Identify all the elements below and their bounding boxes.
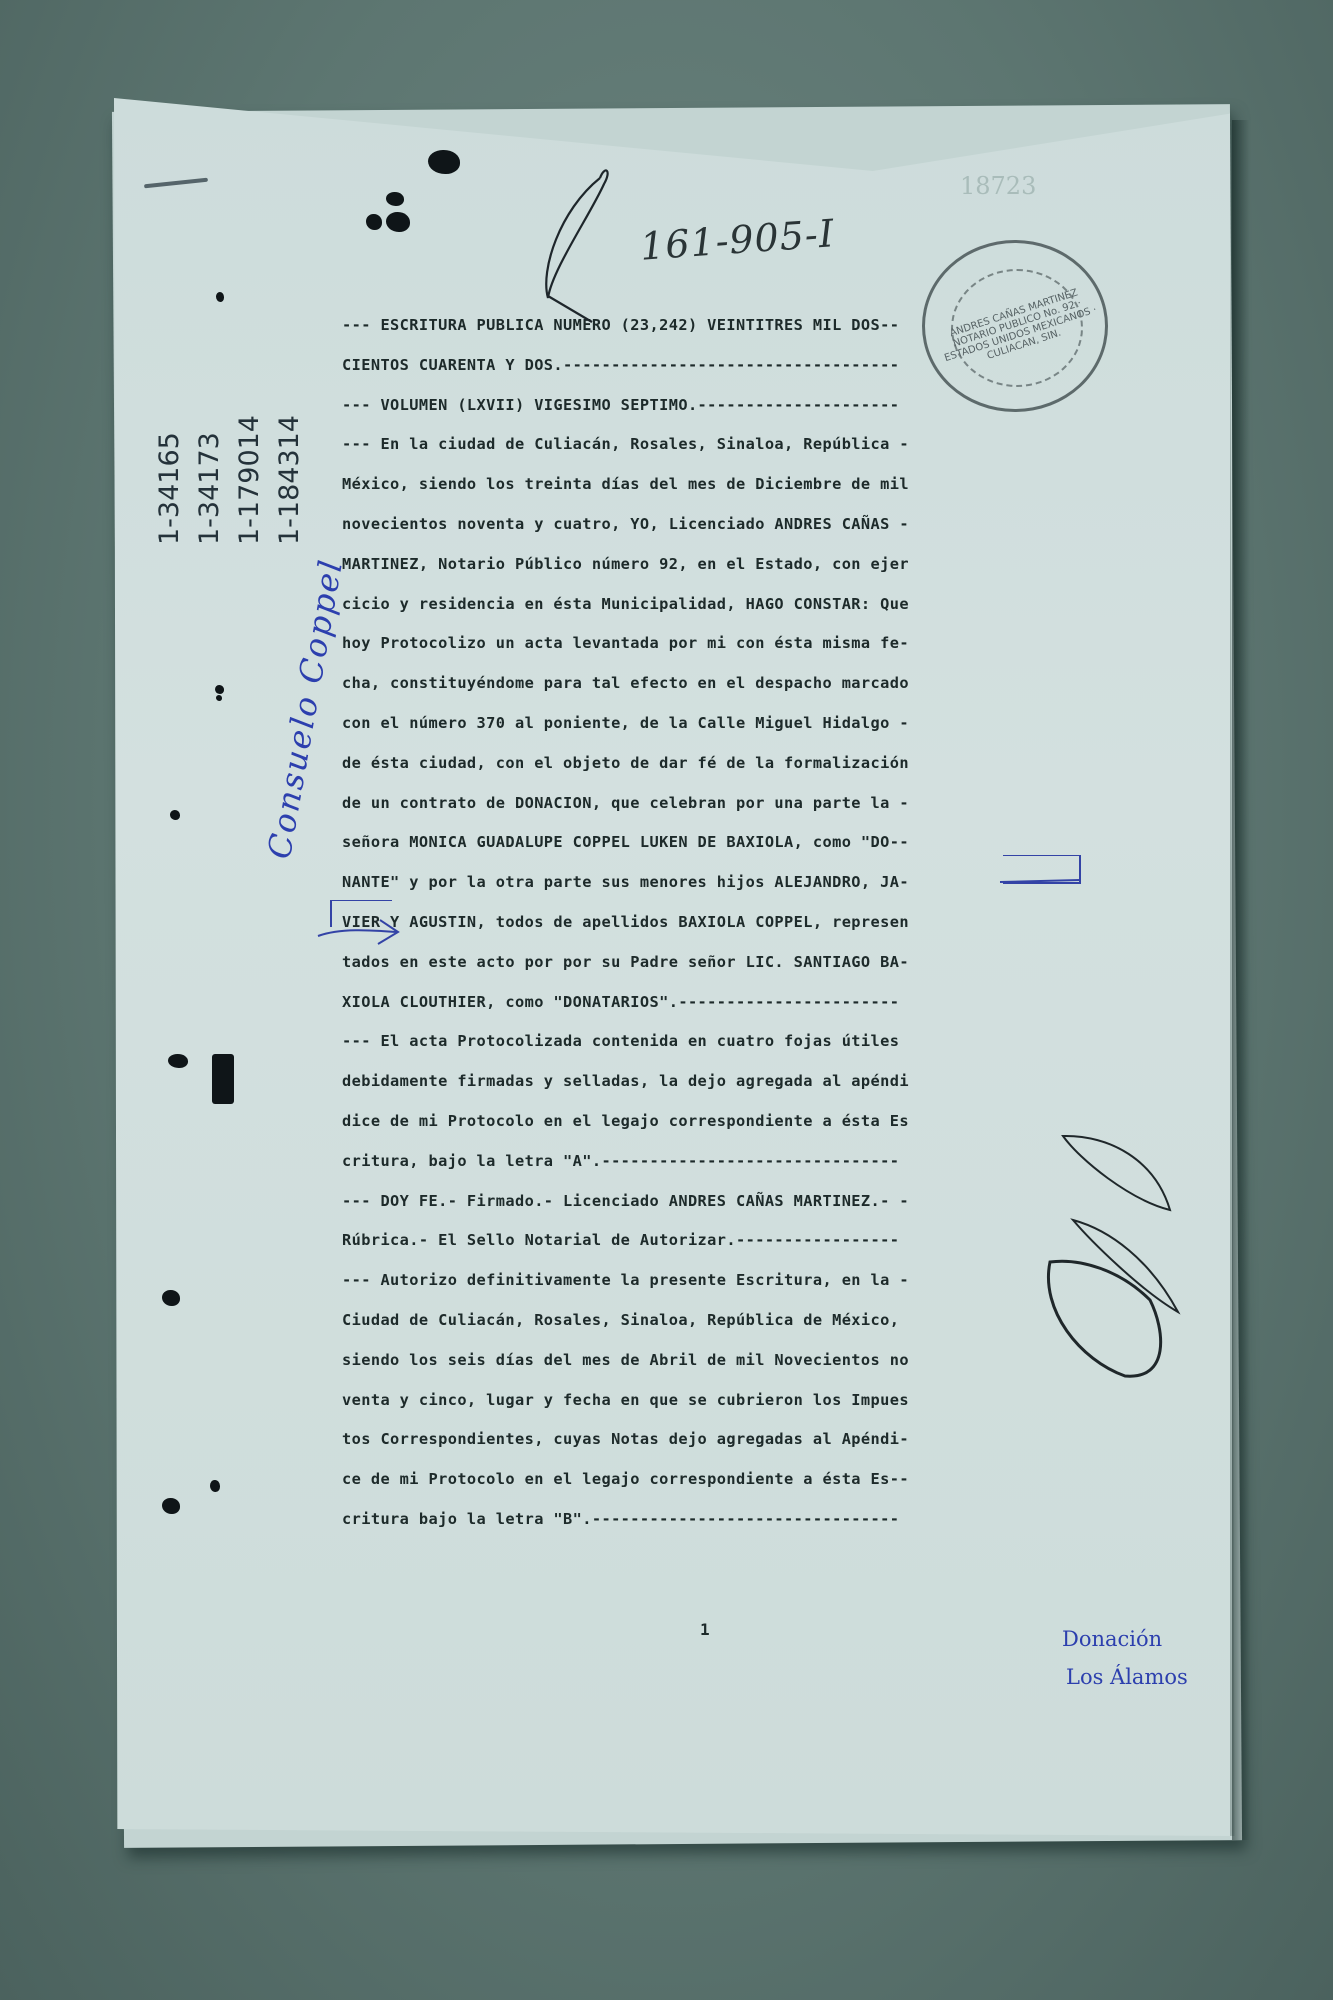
document-line: --- DOY FE.- Firmado.- Licenciado ANDRES… <box>342 1182 1087 1222</box>
document-line: señora MONICA GUADALUPE COPPEL LUKEN DE … <box>342 823 1087 863</box>
document-line: NANTE" y por la otra parte sus menores h… <box>342 863 1087 903</box>
blue-bracket-annotation <box>1003 855 1081 884</box>
document-line: MARTINEZ, Notario Público número 92, en … <box>342 545 1087 585</box>
side-note-line: Los Álamos <box>1062 1658 1188 1696</box>
document-line: tados en este acto por por su Padre seño… <box>342 943 1087 983</box>
document-line: CIENTOS CUARENTA Y DOS.-----------------… <box>342 346 1087 386</box>
document-line: VIER Y AGUSTIN, todos de apellidos BAXIO… <box>342 903 1087 943</box>
page-number: 1 <box>700 1620 710 1639</box>
ink-blot <box>215 685 224 694</box>
document-line: cicio y residencia en ésta Municipalidad… <box>342 585 1087 625</box>
blue-bracket-annotation <box>330 900 392 927</box>
margin-handwritten-numbers: 1-34165 1-34173 1-179014 1-184314 <box>150 345 310 545</box>
document-line: debidamente firmadas y selladas, la dejo… <box>342 1062 1087 1102</box>
side-note-line: Donación <box>1062 1620 1188 1658</box>
document-line: critura bajo la letra "B".--------------… <box>342 1500 1087 1540</box>
handwritten-side-note: Donación Los Álamos <box>1062 1620 1188 1696</box>
document-line: critura, bajo la letra "A".-------------… <box>342 1142 1087 1182</box>
document-line: con el número 370 al poniente, de la Cal… <box>342 704 1087 744</box>
margin-number: 1-34165 <box>150 345 190 545</box>
document-line: México, siendo los treinta días del mes … <box>342 465 1087 505</box>
ink-blot <box>216 695 222 701</box>
typed-document-body: --- ESCRITURA PUBLICA NUMERO (23,242) VE… <box>342 306 1087 1540</box>
ink-blot <box>162 1290 180 1306</box>
document-line: de ésta ciudad, con el objeto de dar fé … <box>342 744 1087 784</box>
document-line: hoy Protocolizo un acta levantada por mi… <box>342 624 1087 664</box>
document-line: Rúbrica.- El Sello Notarial de Autorizar… <box>342 1221 1087 1261</box>
document-line: venta y cinco, lugar y fecha en que se c… <box>342 1381 1087 1421</box>
document-line: tos Correspondientes, cuyas Notas dejo a… <box>342 1420 1087 1460</box>
ink-blot <box>170 810 180 820</box>
document-line: --- ESCRITURA PUBLICA NUMERO (23,242) VE… <box>342 306 1087 346</box>
ink-blot <box>386 192 404 206</box>
document-line: XIOLA CLOUTHIER, como "DONATARIOS".-----… <box>342 983 1087 1023</box>
margin-number: 1-184314 <box>270 345 310 545</box>
faded-handwritten-number: 18723 <box>960 172 1036 200</box>
document-line: --- En la ciudad de Culiacán, Rosales, S… <box>342 425 1087 465</box>
document-line: cha, constituyéndome para tal efecto en … <box>342 664 1087 704</box>
margin-number: 1-179014 <box>230 345 270 545</box>
document-line: dice de mi Protocolo en el legajo corres… <box>342 1102 1087 1142</box>
document-line: siendo los seis días del mes de Abril de… <box>342 1341 1087 1381</box>
ink-blot <box>168 1054 188 1068</box>
ink-blot <box>386 212 410 232</box>
document-line: ce de mi Protocolo en el legajo correspo… <box>342 1460 1087 1500</box>
ink-blot <box>212 1054 234 1104</box>
document-line: Ciudad de Culiacán, Rosales, Sinaloa, Re… <box>342 1301 1087 1341</box>
document-line: --- El acta Protocolizada contenida en c… <box>342 1022 1087 1062</box>
ink-blot <box>428 150 460 174</box>
document-line: --- VOLUMEN (LXVII) VIGESIMO SEPTIMO.---… <box>342 386 1087 426</box>
page-shadow <box>1232 120 1250 1840</box>
ink-blot <box>162 1498 180 1514</box>
margin-number: 1-34173 <box>190 345 230 545</box>
document-line: --- Autorizo definitivamente la presente… <box>342 1261 1087 1301</box>
document-line: de un contrato de DONACION, que celebran… <box>342 784 1087 824</box>
ink-blot <box>216 292 224 302</box>
ink-blot <box>210 1480 220 1492</box>
document-line: novecientos noventa y cuatro, YO, Licenc… <box>342 505 1087 545</box>
ink-blot <box>366 214 382 230</box>
